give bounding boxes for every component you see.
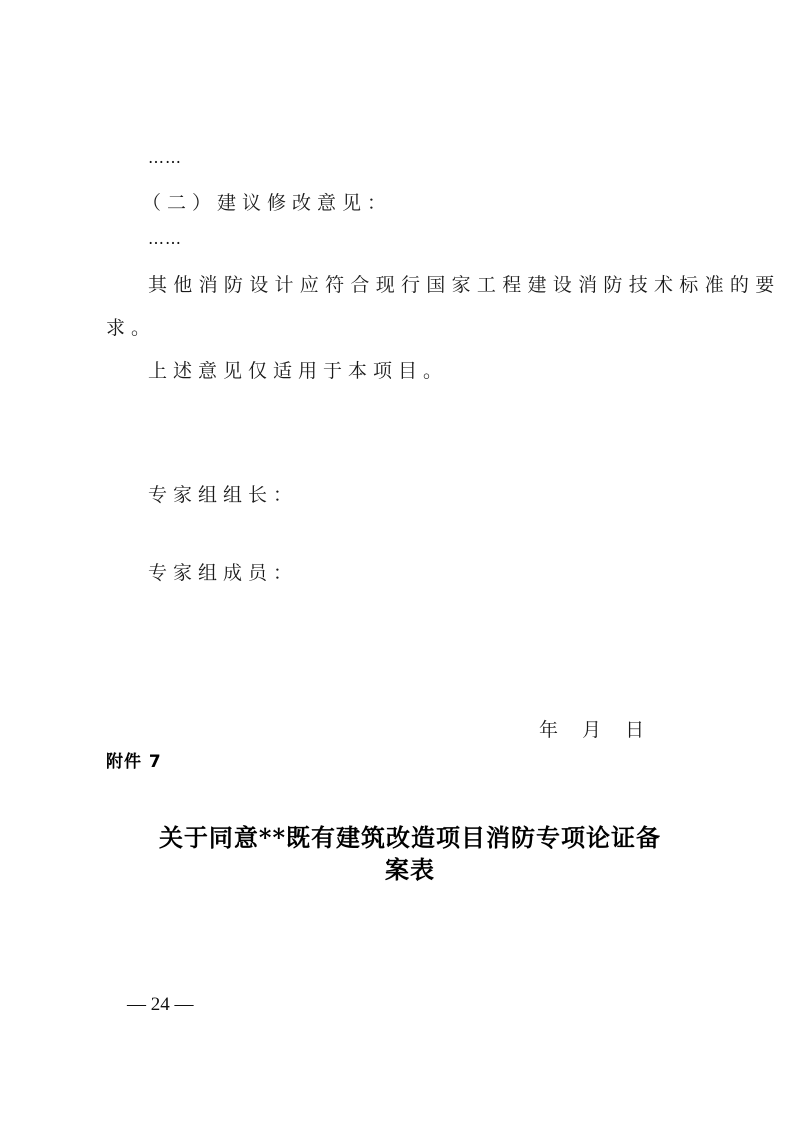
attachment-label: 附件 7 xyxy=(106,747,162,772)
section-heading-suggestions: （二）建议修改意见： xyxy=(142,188,392,215)
document-title-line-1: 关于同意**既有建筑改造项目消防专项论证备 xyxy=(100,818,720,853)
ellipsis-1: …… xyxy=(148,148,182,167)
ellipsis-2: …… xyxy=(148,229,182,248)
date-line: 年 月 日 xyxy=(539,715,648,742)
document-title-line-2: 案表 xyxy=(100,850,720,885)
paragraph-2: 上述意见仅适用于本项目。 xyxy=(148,356,448,383)
group-leader-label: 专家组组长： xyxy=(148,480,298,507)
group-members-label: 专家组成员： xyxy=(148,558,298,585)
paragraph-1-line-2: 求。 xyxy=(106,313,156,340)
page-number: — 24 — xyxy=(127,994,194,1016)
paragraph-1-line-1: 其他消防设计应符合现行国家工程建设消防技术标准的要 xyxy=(148,270,781,297)
